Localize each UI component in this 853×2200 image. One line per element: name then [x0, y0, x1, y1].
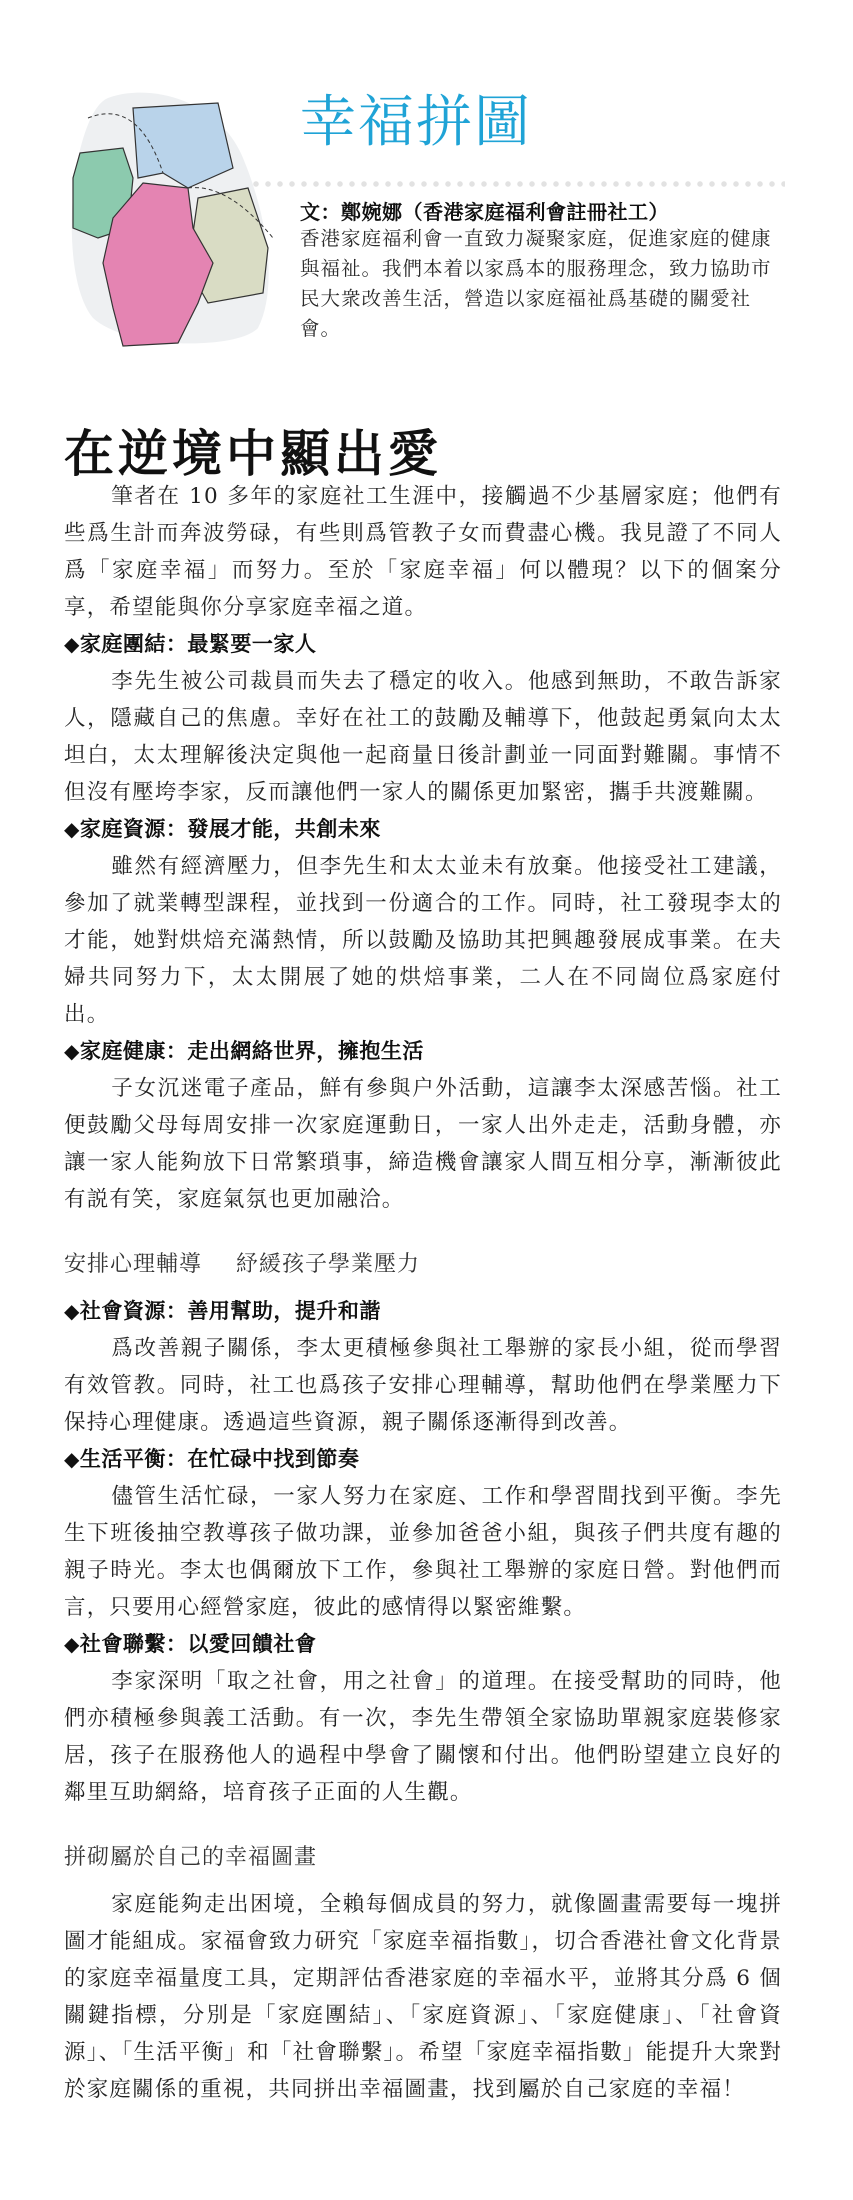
puzzle-pieces-illustration [68, 88, 280, 348]
subheading-social-connection: ◆社會聯繫：以愛回饋社會 [64, 1626, 782, 1663]
diamond-bullet-icon: ◆ [64, 817, 80, 841]
author-byline: 文：鄭婉娜（香港家庭福利會註冊社工） [300, 196, 669, 225]
diamond-bullet-icon: ◆ [64, 1632, 80, 1656]
section-heading-happiness-picture: 拼砌屬於自己的幸福圖畫 [64, 1839, 782, 1876]
subheading-life-balance: ◆生活平衡：在忙碌中找到節奏 [64, 1441, 782, 1478]
paragraph-social-connection: 李家深明「取之社會，用之社會」的道理。在接受幫助的同時，他們亦積極參與義工活動。… [64, 1663, 782, 1811]
article-body: 筆者在 10 多年的家庭社工生涯中，接觸過不少基層家庭；他們有些爲生計而奔波勞碌… [64, 478, 782, 2108]
paragraph-family-unity: 李先生被公司裁員而失去了穩定的收入。他感到無助，不敢告訴家人，隱藏自己的焦慮。幸… [64, 663, 782, 811]
intro-paragraph: 筆者在 10 多年的家庭社工生涯中，接觸過不少基層家庭；他們有些爲生計而奔波勞碌… [64, 478, 782, 626]
column-title: 幸福拼圖 [300, 90, 532, 156]
dotted-divider [250, 180, 785, 188]
subheading-social-resources: ◆社會資源：善用幫助，提升和諧 [64, 1293, 782, 1330]
paragraph-life-balance: 儘管生活忙碌，一家人努力在家庭、工作和學習間找到平衡。李先生下班後抽空教導孩子做… [64, 1478, 782, 1626]
diamond-bullet-icon: ◆ [64, 1299, 80, 1323]
article-headline: 在逆境中顯出愛 [64, 422, 442, 486]
paragraph-family-health: 子女沉迷電子產品，鮮有參與户外活動，這讓李太深感苦惱。社工便鼓勵父母每周安排一次… [64, 1070, 782, 1218]
diamond-bullet-icon: ◆ [64, 1039, 80, 1063]
diamond-bullet-icon: ◆ [64, 1447, 80, 1471]
paragraph-social-resources: 爲改善親子關係，李太更積極參與社工舉辦的家長小組，從而學習有效管教。同時，社工也… [64, 1330, 782, 1441]
column-header: 幸福拼圖 文：鄭婉娜（香港家庭福利會註冊社工） 香港家庭福利會一直致力凝聚家庭，… [0, 0, 853, 360]
column-intro: 香港家庭福利會一直致力凝聚家庭，促進家庭的健康與福祉。我們本着以家爲本的服務理念… [300, 224, 790, 344]
diamond-bullet-icon: ◆ [64, 632, 80, 656]
paragraph-family-resources: 雖然有經濟壓力，但李先生和太太並未有放棄。他接受社工建議，參加了就業轉型課程，並… [64, 848, 782, 1033]
section-heading-counselling: 安排心理輔導紓緩孩子學業壓力 [64, 1246, 782, 1283]
subheading-family-resources: ◆家庭資源：發展才能，共創未來 [64, 811, 782, 848]
closing-paragraph: 家庭能夠走出困境，全賴每個成員的努力，就像圖畫需要每一塊拼圖才能組成。家福會致力… [64, 1886, 782, 2108]
subheading-family-health: ◆家庭健康：走出網絡世界，擁抱生活 [64, 1033, 782, 1070]
subheading-family-unity: ◆家庭團結：最緊要一家人 [64, 626, 782, 663]
